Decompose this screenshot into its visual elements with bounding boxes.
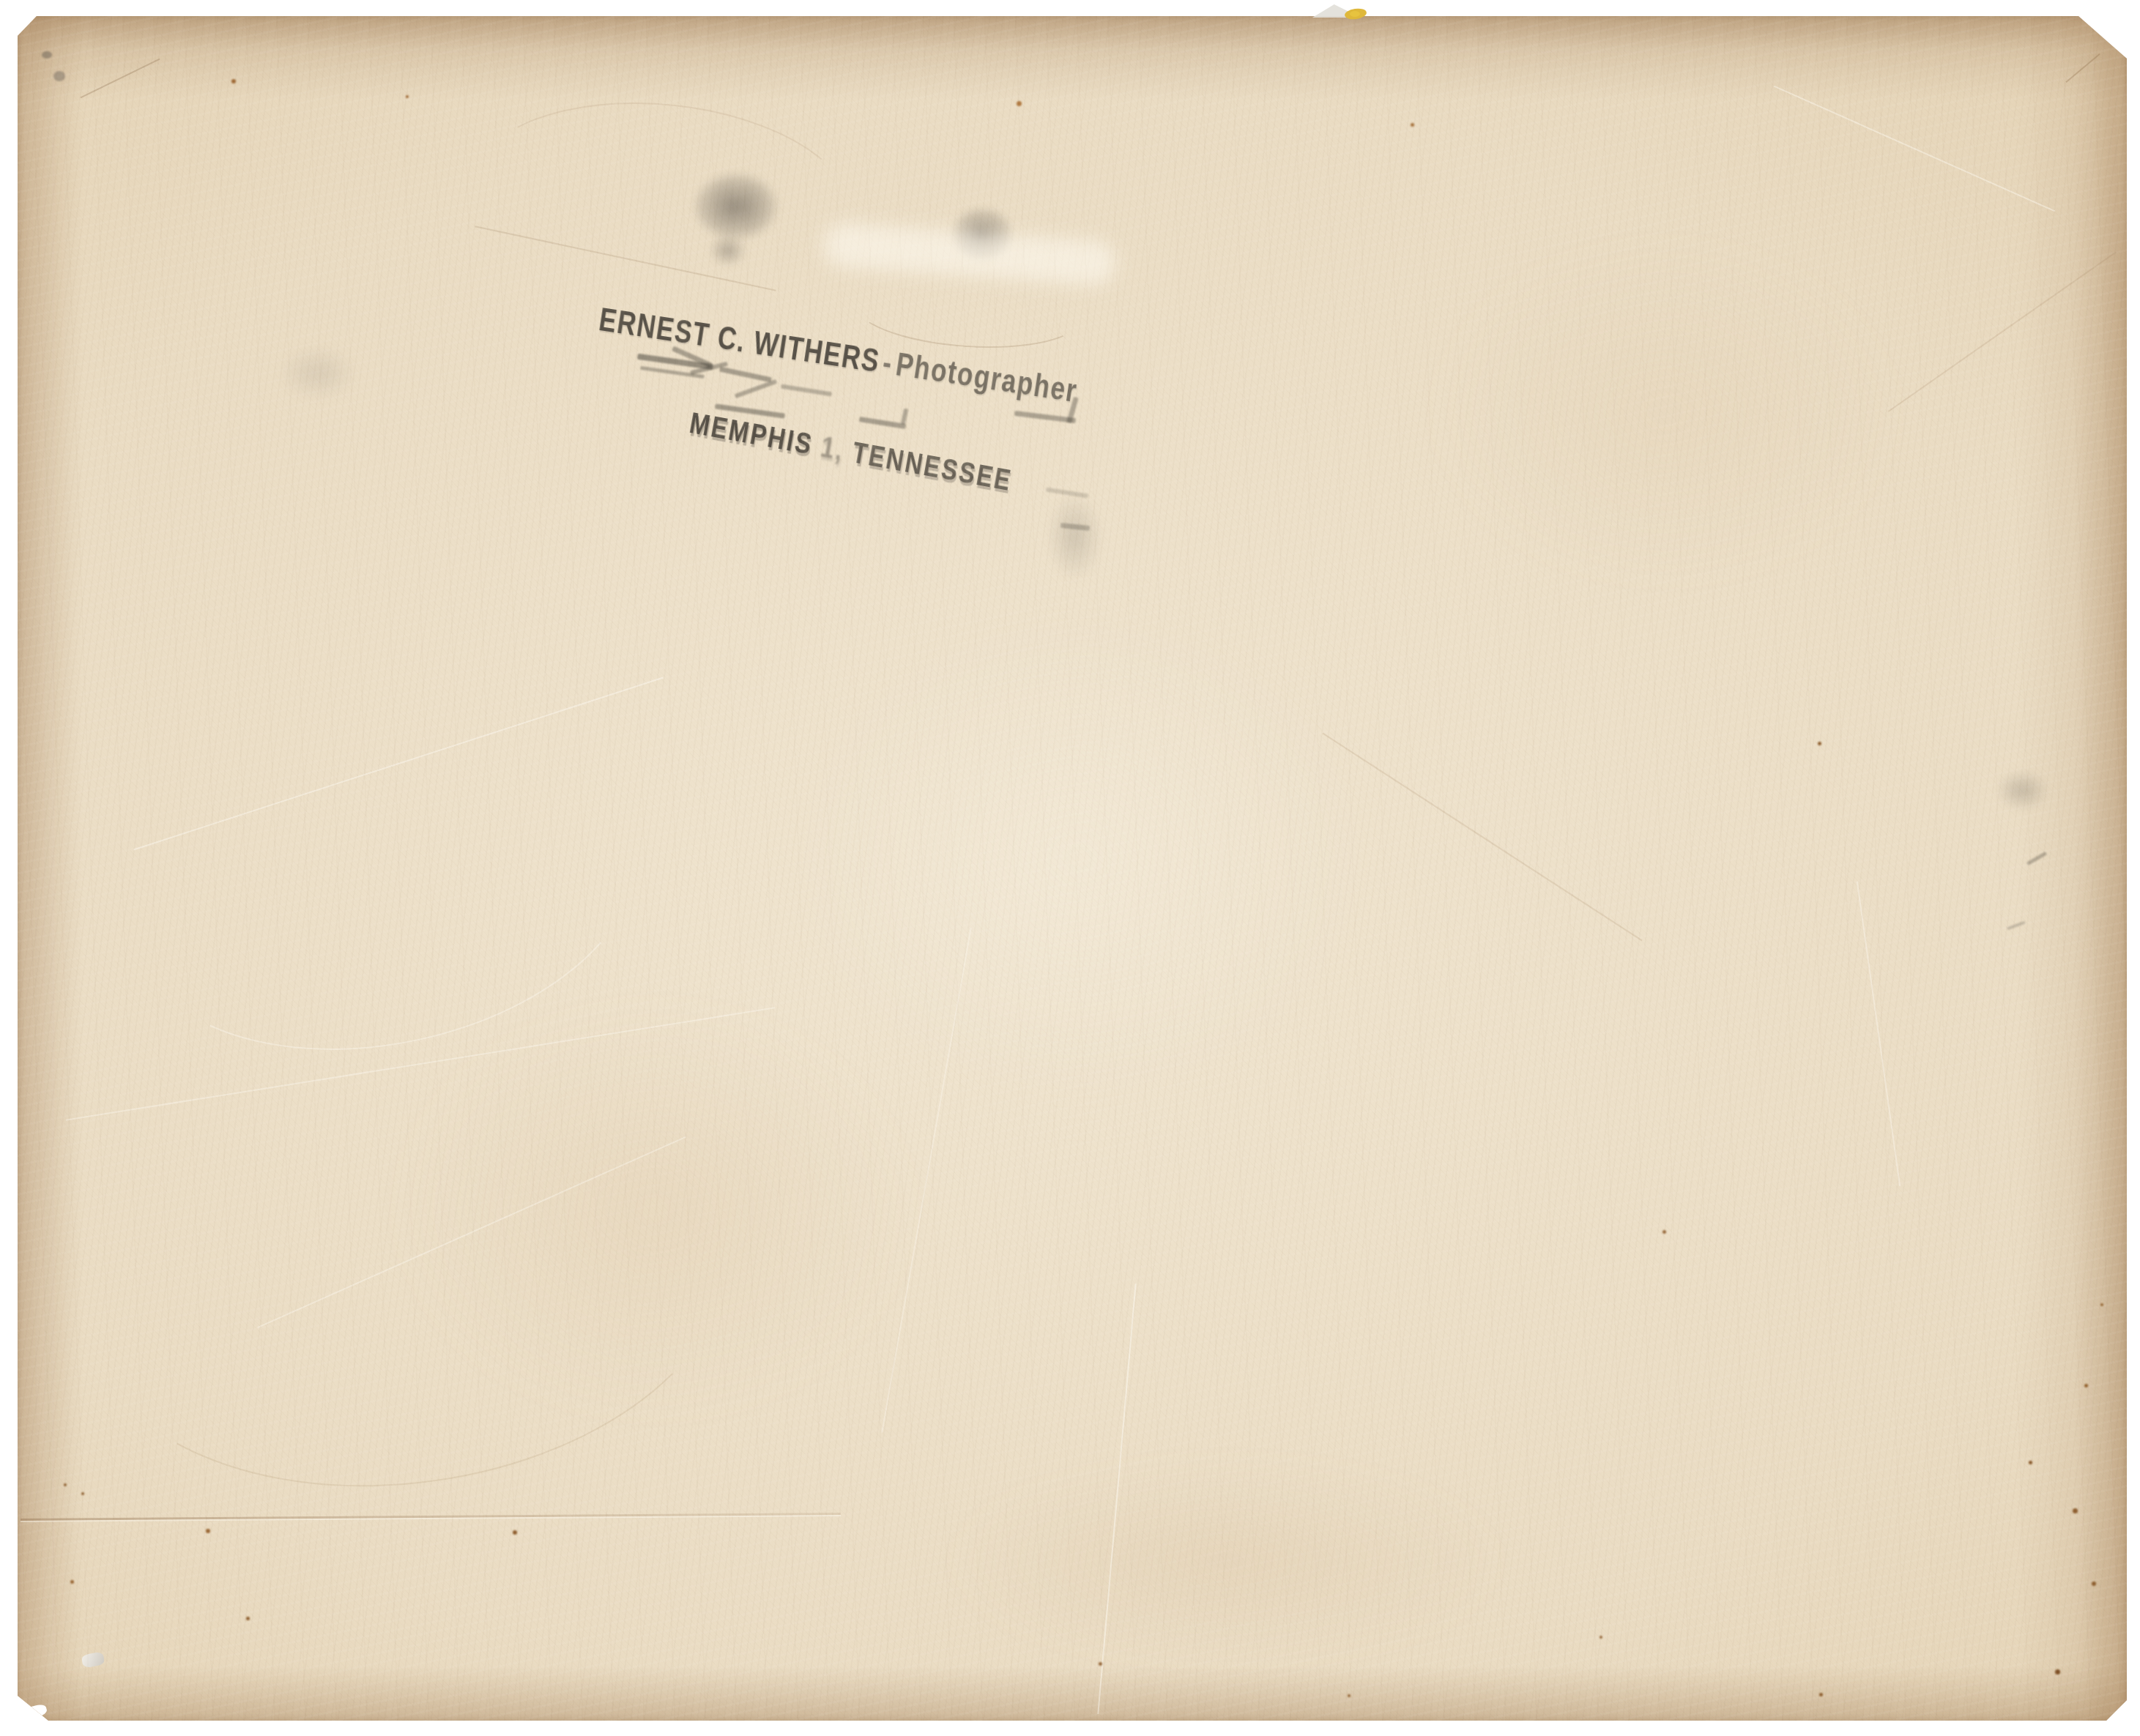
stamp-state: TENNESSEE xyxy=(850,436,1014,497)
crease-line xyxy=(21,1513,841,1521)
scratch-line xyxy=(475,226,776,291)
foxing-spot xyxy=(231,79,236,83)
charcoal-smudge xyxy=(702,228,754,272)
ink-speck xyxy=(42,51,52,59)
scratch-arc xyxy=(59,1042,755,1527)
scratch-arc xyxy=(101,683,670,1094)
stamp-line-photographer: ERNEST C. WITHERS-Photographer xyxy=(597,302,1080,410)
foxing-spot xyxy=(2073,1508,2078,1513)
stain-blotch xyxy=(860,1444,1592,1678)
foxing-spot xyxy=(206,1529,210,1533)
foxing-spot xyxy=(1017,101,1022,106)
ghost-ink-smudge xyxy=(1040,482,1110,592)
foxing-spot xyxy=(64,1483,67,1486)
ghost-ink-specks xyxy=(1060,523,1091,531)
stamp-line-city: MEMPHIS 1, TENNESSEE xyxy=(687,407,1014,498)
foxing-spot xyxy=(406,95,409,98)
foxing-spot xyxy=(1818,742,1821,745)
crease-highlight xyxy=(21,1515,841,1522)
foxing-spot xyxy=(1662,1230,1666,1234)
foxing-spot xyxy=(1600,1636,1602,1639)
wiped-patch xyxy=(822,222,1117,286)
foxing-spot xyxy=(2084,1384,2088,1387)
ink-dash xyxy=(2026,852,2047,865)
scan-background: ERNEST C. WITHERS-Photographer MEMPHIS 1… xyxy=(0,0,2140,1736)
paper-chip xyxy=(81,1652,105,1669)
scratch-line xyxy=(66,1007,775,1120)
scratch-line xyxy=(1322,733,1642,942)
ghost-ink-specks xyxy=(1046,488,1088,499)
foxing-spot xyxy=(246,1617,250,1620)
foxing-spot xyxy=(70,1580,74,1584)
foxing-spot xyxy=(2055,1669,2060,1674)
corner-chip xyxy=(2111,29,2134,50)
stamp-title: Photographer xyxy=(893,346,1080,409)
foxing-spot xyxy=(1348,1694,1350,1697)
scratch-line xyxy=(881,928,972,1433)
sheen-highlight xyxy=(677,529,1482,1188)
stamp-name: ERNEST C. WITHERS xyxy=(597,302,883,379)
foxing-spot xyxy=(1819,1693,1823,1696)
foxing-spot xyxy=(1099,1662,1102,1666)
stamp-postal-zone: 1, xyxy=(818,431,847,467)
scratch-line xyxy=(1774,86,2056,212)
stamp-city: MEMPHIS xyxy=(687,407,815,461)
scratch-line xyxy=(1888,251,2117,412)
charcoal-smudge xyxy=(942,199,1022,269)
foxing-spot xyxy=(2029,1461,2032,1464)
ink-speck xyxy=(53,71,65,81)
scratch-line xyxy=(81,59,160,98)
smudge-faint xyxy=(1988,763,2057,818)
foxing-spot xyxy=(1411,123,1414,127)
scratch-line xyxy=(1097,1284,1136,1714)
stain-blotch xyxy=(325,953,984,1466)
ink-dash xyxy=(2007,921,2026,931)
foxing-spot xyxy=(81,1492,84,1495)
foxing-spot xyxy=(2092,1582,2096,1586)
scratch-arc xyxy=(463,84,865,316)
foxing-spot xyxy=(2100,1303,2103,1306)
scratch-line xyxy=(133,677,663,851)
charcoal-smudge xyxy=(681,163,791,250)
stain-blotch xyxy=(1372,206,1958,616)
paper-chip xyxy=(21,1703,48,1721)
smudge-faint xyxy=(267,338,369,408)
foxing-spot xyxy=(513,1530,517,1535)
scratch-line xyxy=(1857,882,1901,1186)
scratch-line xyxy=(257,1136,686,1328)
pressure-arc xyxy=(850,266,1085,355)
photo-verso-paper: ERNEST C. WITHERS-Photographer MEMPHIS 1… xyxy=(18,16,2127,1721)
